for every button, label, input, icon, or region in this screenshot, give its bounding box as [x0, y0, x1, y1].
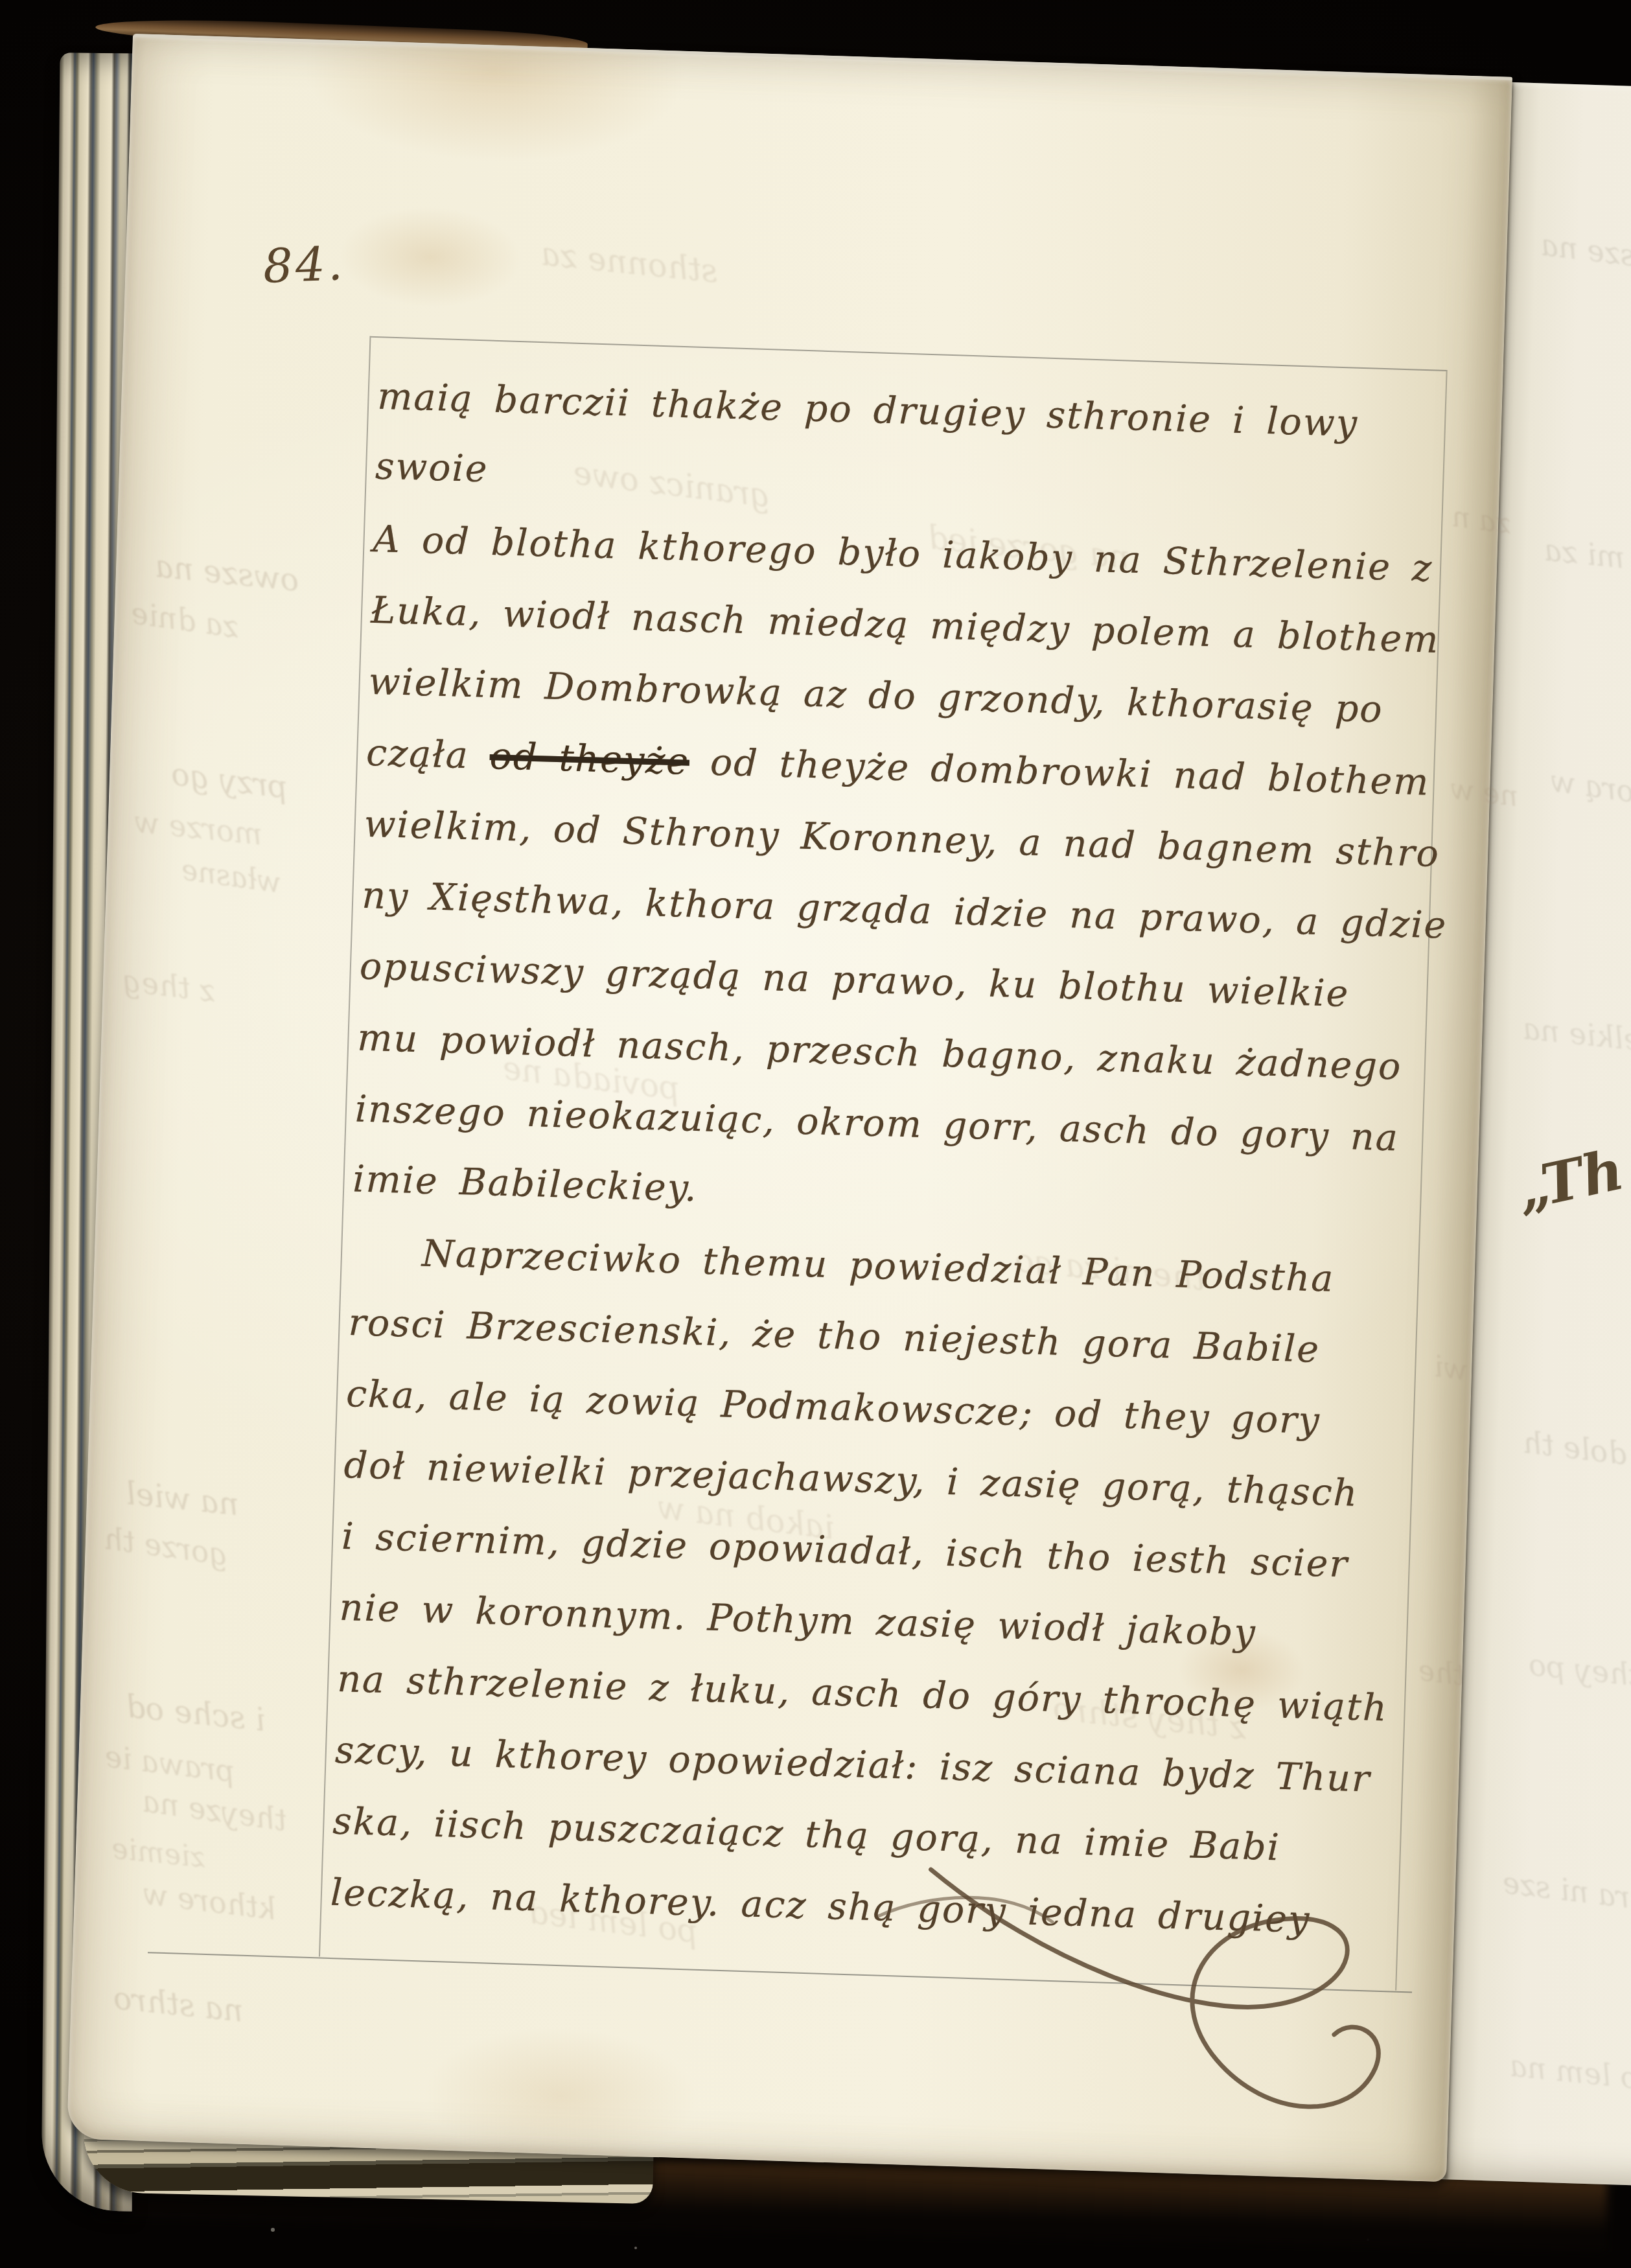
line-text: ny Xięsthwa, kthora grząda idzie na praw…: [361, 874, 1448, 947]
line-text: opusciwszy grządą na prawo, ku blothu wi…: [359, 945, 1350, 1015]
line-text: od theyże dombrowki nad blothem: [689, 741, 1430, 804]
bleed-through-text: morze w: [132, 804, 264, 852]
line-text: imie Babileckiey.: [353, 1157, 699, 1210]
line-text: cząła: [365, 732, 490, 778]
bleed-through-text: theyze na: [140, 1783, 289, 1838]
line-text: wielkim, od Sthrony Koronney, a nad bagn…: [364, 803, 1440, 875]
manuscript-line: i sciernim, gdzie opowiadał, isch tho ie…: [341, 1515, 1348, 1586]
manuscript-line: wielkim, od Sthrony Koronney, a nad bagn…: [364, 803, 1440, 875]
bleed-through-text: na sthro: [111, 1980, 245, 2030]
manuscript-line: ska, iisch puszczaiącz thą gorą, na imie…: [332, 1800, 1281, 1869]
manuscript-line: A od blotha kthorego było iakoby na Sthr…: [373, 518, 1433, 590]
line-text: A od blotha kthorego było iakoby na Sthr…: [373, 518, 1433, 590]
manuscript-line: na sthrzelenie z łuku, asch do góry thro…: [336, 1658, 1388, 1730]
bleed-through-text: gorze th: [102, 1521, 231, 1573]
bleed-through-text: kthore w: [141, 1876, 278, 1927]
manuscript-line: nie w koronnym. Pothym zasię wiodł jakob…: [339, 1586, 1257, 1654]
manuscript-line: cka, ale ią zowią Podmakowscze; od they …: [345, 1372, 1321, 1442]
bleed-through-text: owsze na: [154, 548, 301, 599]
bleed-through-text: wsze na: [1539, 227, 1631, 277]
manuscript-line: szcy, u kthorey opowiedział: isz sciana …: [334, 1729, 1371, 1801]
line-text: i sciernim, gdzie opowiadał, isch tho ie…: [341, 1515, 1348, 1586]
bleed-through-text: przy go: [169, 756, 290, 806]
line-text: ska, iisch puszczaiącz thą gorą, na imie…: [332, 1800, 1281, 1869]
bleed-through-text: po lem na: [1508, 2048, 1631, 2098]
manuscript-line: ny Xięsthwa, kthora grząda idzie na praw…: [361, 874, 1448, 947]
bleed-through-text: ziemie: [110, 1832, 207, 1874]
bleed-through-text: za dnie: [129, 596, 241, 645]
manuscript-line: mu powiodł nasch, przesch bagno, znaku ż…: [357, 1016, 1403, 1088]
line-text: cka, ale ią zowią Podmakowscze; od they …: [345, 1372, 1321, 1442]
line-text: Naprzeciwko themu powiedział Pan Podstha: [421, 1232, 1335, 1300]
manuscript-scan-photo: „Th wsze nathe mi zaza gorą wwielkie nan…: [0, 0, 1631, 2268]
bleed-through-text: z theg: [121, 963, 217, 1009]
manuscript-page: 84. owsze naza dnieprzy gomorze wwłasnez…: [67, 34, 1512, 2182]
book-block: „Th wsze nathe mi zaza gorą wwielkie nan…: [65, 34, 1631, 2238]
manuscript-line: wielkim Dombrowką az do grzondy, kthoras…: [368, 660, 1384, 732]
bleed-through-text: i sche od: [124, 1689, 267, 1739]
line-text: rosci Brzescienski, że tho niejesth gora…: [348, 1301, 1321, 1371]
manuscript-line: cząła od theyże od theyże dombrowki nad …: [365, 732, 1430, 804]
bleed-through-text: wi: [1432, 1350, 1470, 1388]
struck-words: od theyże: [489, 735, 690, 783]
bleed-through-text: the mi za: [1543, 532, 1631, 581]
line-text: Łuka, wiodł nasch miedzą między polem a …: [370, 589, 1440, 662]
bleed-through-text: the: [1417, 1654, 1467, 1693]
bleed-through-text: gra ni sze: [1501, 1865, 1631, 1917]
line-text: doł niewielki przejachawszy, i zasię gor…: [343, 1444, 1359, 1515]
line-text: mu powiodł nasch, przesch bagno, znaku ż…: [357, 1016, 1403, 1088]
manuscript-line: Naprzeciwko themu powiedział Pan Podstha: [421, 1232, 1335, 1300]
bleed-through-text: za gorą w: [1548, 763, 1631, 818]
bleed-through-text: prawa ie: [103, 1739, 237, 1789]
manuscript-line: Łuka, wiodł nasch miedzą między polem a …: [370, 589, 1440, 662]
line-text: szcy, u kthorey opowiedział: isz sciana …: [334, 1729, 1371, 1801]
manuscript-line: maią barczii thakże po drugiey sthronie …: [377, 375, 1359, 445]
bleed-through-text: własne: [179, 853, 283, 900]
manuscript-line: imie Babileckiey.: [353, 1157, 699, 1210]
bleed-through-text: na dole th: [1521, 1424, 1631, 1477]
bleed-through-text: na wiel: [124, 1475, 241, 1523]
manuscript-line: opusciwszy grządą na prawo, ku blothu wi…: [359, 945, 1350, 1015]
line-text: na sthrzelenie z łuku, asch do góry thro…: [336, 1658, 1388, 1730]
line-text: maią barczii thakże po drugiey sthronie …: [377, 375, 1359, 445]
manuscript-line: swoie: [375, 445, 489, 491]
ink-flourish: [832, 1851, 1424, 2154]
bleed-through-text: wielkie na: [1521, 1011, 1631, 1061]
line-text: inszego nieokazuiąc, okrom gorr, asch do…: [354, 1087, 1400, 1159]
manuscript-line: doł niewielki przejachawszy, i zasię gor…: [343, 1444, 1359, 1515]
line-text: swoie: [375, 445, 489, 491]
line-text: wielkim Dombrowką az do grzondy, kthoras…: [368, 660, 1384, 732]
manuscript-line: rosci Brzescienski, że tho niejesth gora…: [348, 1301, 1321, 1371]
manuscript-line: inszego nieokazuiąc, okrom gorr, asch do…: [354, 1087, 1400, 1159]
dust-specks: [0, 0, 1, 1]
line-text: nie w koronnym. Pothym zasię wiodł jakob…: [339, 1586, 1257, 1654]
bleed-through-text: z they po: [1527, 1647, 1631, 1696]
